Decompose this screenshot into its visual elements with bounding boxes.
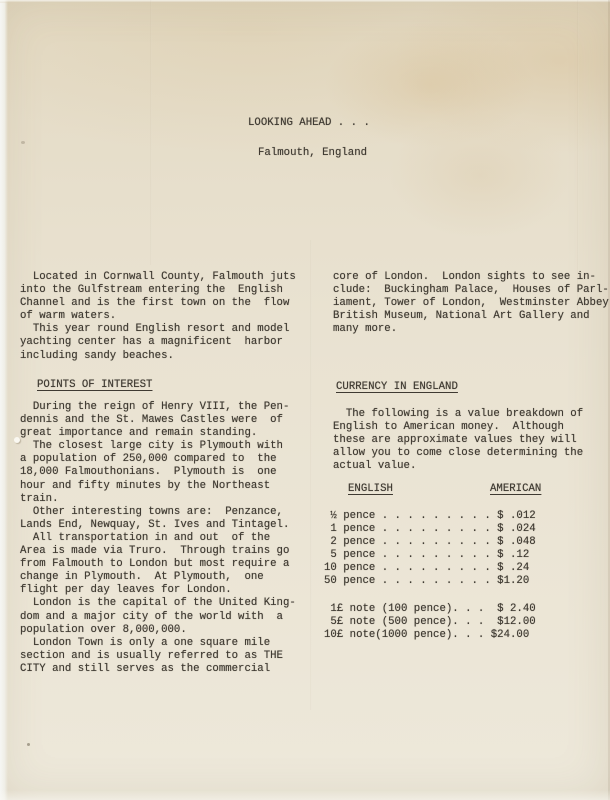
scan-edge-left — [0, 0, 8, 800]
left-body-paragraphs: During the reign of Henry VIII, the Pen-… — [20, 401, 296, 676]
currency-table-header-american: AMERICAN — [490, 483, 541, 496]
page-title: LOOKING AHEAD . . . — [248, 117, 370, 130]
paper-crease — [310, 240, 312, 710]
scan-edge-top — [0, 0, 610, 3]
left-intro-paragraph: Located in Cornwall County, Falmouth jut… — [20, 271, 296, 363]
currency-body-paragraph: The following is a value breakdown of En… — [333, 408, 583, 473]
currency-table-note-rows: 1£ note (100 pence). . . $ 2.40 5£ note … — [324, 603, 536, 642]
paper-speck — [21, 141, 25, 144]
paper-crease — [150, 0, 152, 265]
scanned-document-page: LOOKING AHEAD . . . Falmouth, England Lo… — [0, 0, 610, 800]
page-subtitle: Falmouth, England — [258, 147, 367, 160]
currency-in-england-heading: CURRENCY IN ENGLAND — [336, 381, 458, 394]
points-of-interest-heading: POINTS OF INTEREST — [37, 379, 152, 392]
right-intro-paragraph: core of London. London sights to see in-… — [333, 271, 609, 336]
currency-table-header-english: ENGLISH — [348, 483, 393, 496]
scan-edge-bottom — [0, 790, 610, 800]
currency-table-pence-rows: ½ pence . . . . . . . . . $ .012 1 pence… — [324, 510, 536, 589]
paper-speck — [27, 743, 30, 746]
